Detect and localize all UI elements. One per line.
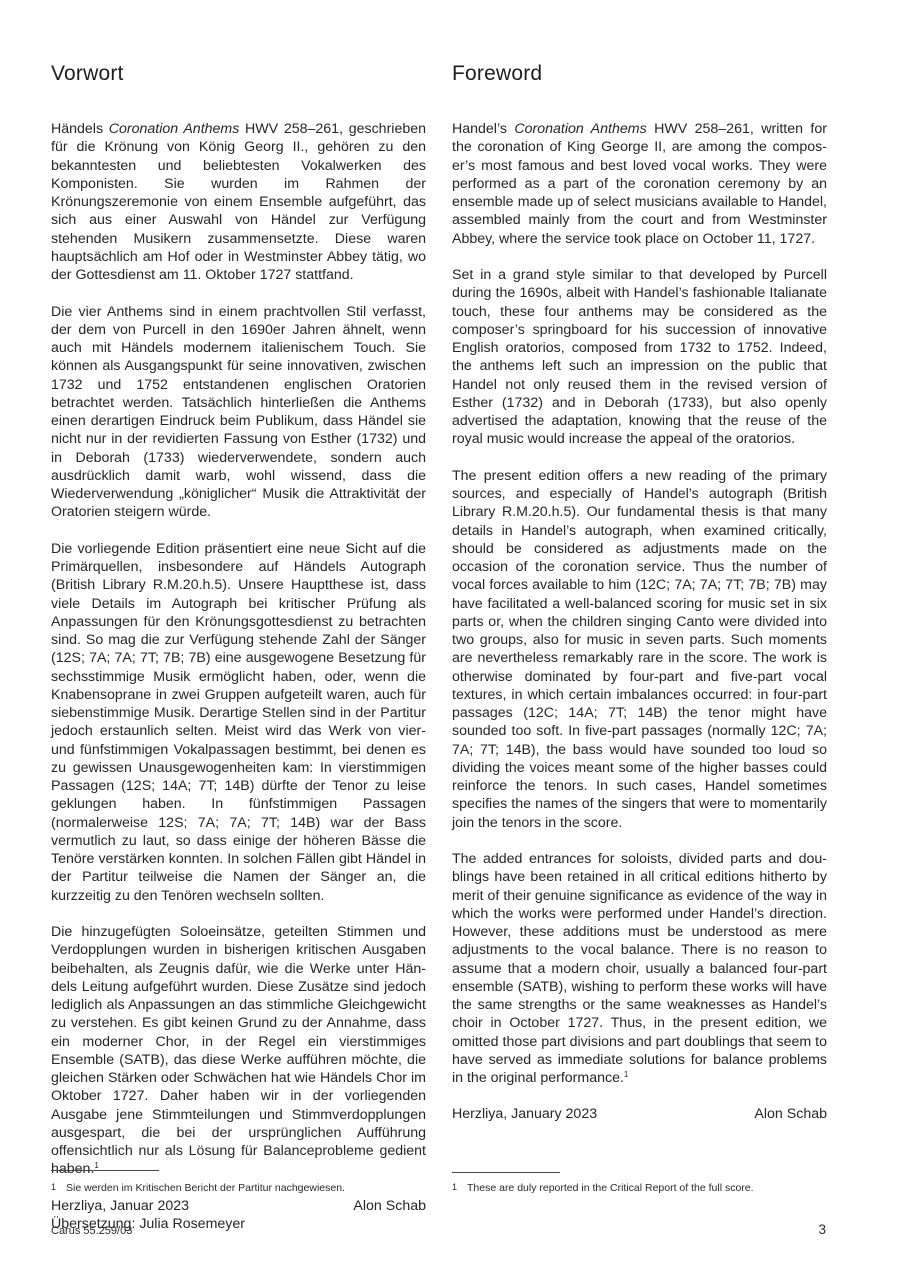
text-run: HWV 258–261, geschrieben für die Krönung…: [51, 121, 426, 283]
text-run: Händels: [51, 121, 109, 137]
english-body: Handel’s Coronation Anthems HWV 258–261,…: [452, 120, 827, 1124]
german-footnote: 1Sie werden im Kritischen Bericht der Pa…: [51, 1181, 345, 1195]
footnote-number: 1: [452, 1181, 467, 1194]
footnote-reference: 1: [624, 1070, 628, 1079]
place-date: Herzliya, January 2023: [452, 1105, 597, 1123]
german-heading: Vorwort: [51, 62, 124, 86]
page-number: 3: [818, 1222, 826, 1237]
german-paragraph-4: Die hinzugefügten Soloeinsätze, geteilte…: [51, 923, 426, 1179]
text-run: Handel’s: [452, 121, 514, 137]
german-signature: Herzliya, Januar 2023 Alon Schab: [51, 1197, 426, 1215]
german-paragraph-3: Die vorliegende Edition präsentiert eine…: [51, 540, 426, 905]
english-signature: Herzliya, January 2023 Alon Schab: [452, 1105, 827, 1123]
english-paragraph-1: Handel’s Coronation Anthems HWV 258–261,…: [452, 120, 827, 248]
author-name: Alon Schab: [353, 1197, 426, 1215]
german-paragraph-1: Händels Coronation Anthems HWV 258–261, …: [51, 120, 426, 284]
footnote-reference: 1: [94, 1161, 98, 1170]
footnote-text: Sie werden im Kritischen Bericht der Par…: [66, 1182, 345, 1194]
catalog-number: Carus 55.259/03: [51, 1225, 132, 1237]
place-date: Herzliya, Januar 2023: [51, 1197, 189, 1215]
german-body: Händels Coronation Anthems HWV 258–261, …: [51, 120, 426, 1233]
work-title-italic: Coronation Anthems: [109, 121, 240, 137]
text-run: The added entrances for soloists, divide…: [452, 851, 827, 1086]
footnote-divider: [51, 1170, 159, 1171]
english-heading: Foreword: [452, 62, 542, 86]
footnote-divider: [452, 1172, 560, 1173]
author-name: Alon Schab: [754, 1105, 827, 1123]
english-footnote: 1These are duly reported in the Critical…: [452, 1181, 754, 1195]
text-run: Die hinzugefügten Soloeinsätze, geteilte…: [51, 924, 426, 1177]
english-paragraph-4: The added entrances for soloists, divide…: [452, 850, 827, 1087]
work-title-italic: Coronation Anthems: [514, 121, 646, 137]
text-run: HWV 258–261, written for the coronation …: [452, 121, 827, 247]
english-paragraph-2: Set in a grand style similar to that dev…: [452, 266, 827, 449]
english-paragraph-3: The present edition offers a new reading…: [452, 467, 827, 832]
footnote-number: 1: [51, 1181, 66, 1194]
german-paragraph-2: Die vier Anthems sind in einem prachtvol…: [51, 303, 426, 522]
footnote-text: These are duly reported in the Critical …: [467, 1182, 754, 1194]
